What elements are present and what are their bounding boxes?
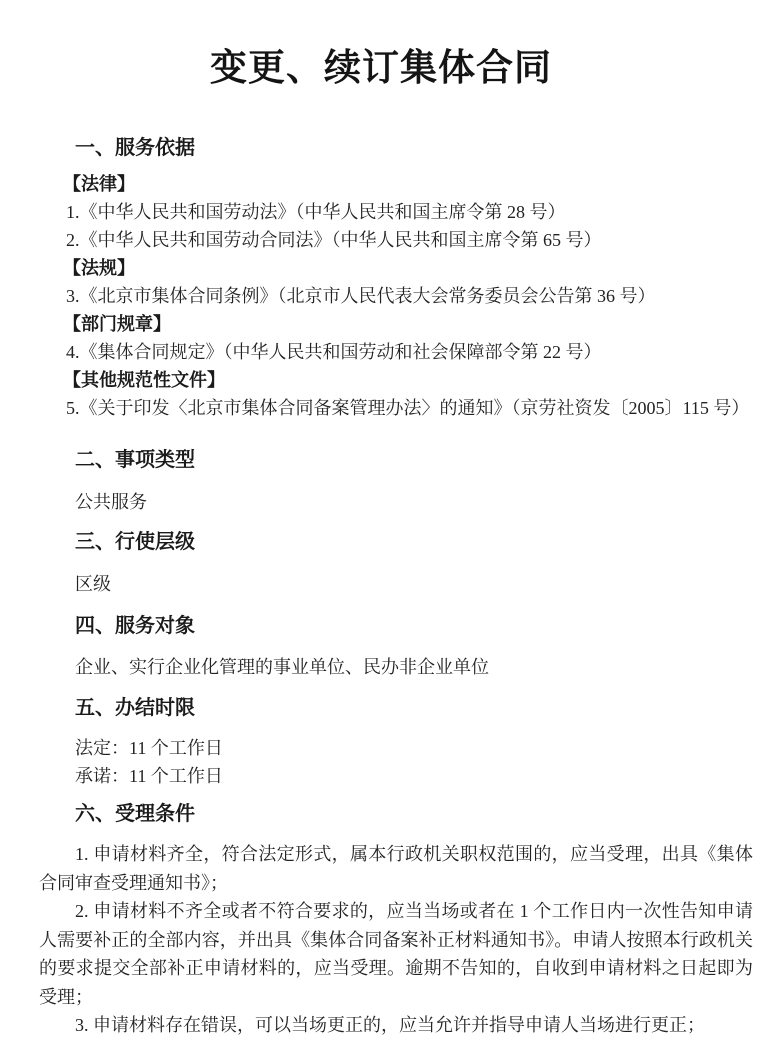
- heading-exercise-level: 三、行使层级: [75, 530, 762, 554]
- section-acceptance-conditions: 六、受理条件 1. 申请材料齐全，符合法定形式，属本行政机关职权范围的，应当受理…: [0, 802, 762, 1040]
- law-item-1: 1.《中华人民共和国劳动法》（中华人民共和国主席令第 28 号）: [66, 198, 762, 226]
- label-other-normative-document: 【其他规范性文件】: [63, 366, 762, 394]
- section-item-type: 二、事项类型 公共服务: [0, 448, 762, 516]
- acceptance-paragraph-3: 3. 申请材料存在错误，可以当场更正的，应当允许并指导申请人当场进行更正；: [39, 1011, 753, 1040]
- document-page: 变更、续订集体合同 一、服务依据 【法律】 1.《中华人民共和国劳动法》（中华人…: [0, 0, 762, 1048]
- document-title: 变更、续订集体合同: [0, 0, 762, 92]
- law-item-5: 5.《关于印发〈北京市集体合同备案管理办法〉的通知》（京劳社资发〔2005〕11…: [66, 394, 762, 422]
- heading-acceptance-conditions: 六、受理条件: [75, 802, 762, 826]
- service-target-value: 企业、实行企业化管理的事业单位、民办非企业单位: [75, 653, 762, 681]
- section-exercise-level: 三、行使层级 区级: [0, 530, 762, 598]
- law-item-3: 3.《北京市集体合同条例》（北京市人民代表大会常务委员会公告第 36 号）: [66, 282, 762, 310]
- acceptance-paragraph-2: 2. 申请材料不齐全或者不符合要求的，应当当场或者在 1 个工作日内一次性告知申…: [39, 897, 753, 1011]
- label-regulation: 【法规】: [63, 254, 762, 282]
- section-service-target: 四、服务对象 企业、实行企业化管理的事业单位、民办非企业单位: [0, 614, 762, 681]
- heading-service-target: 四、服务对象: [75, 614, 762, 638]
- section-time-limit: 五、办结时限 法定：11 个工作日 承诺：11 个工作日: [0, 696, 762, 790]
- heading-time-limit: 五、办结时限: [75, 696, 762, 720]
- exercise-level-value: 区级: [75, 570, 762, 598]
- service-basis-list: 【法律】 1.《中华人民共和国劳动法》（中华人民共和国主席令第 28 号） 2.…: [0, 170, 762, 422]
- heading-service-basis: 一、服务依据: [75, 136, 762, 160]
- label-law: 【法律】: [63, 170, 762, 198]
- time-limit-promised: 承诺：11 个工作日: [75, 762, 762, 790]
- section-service-basis: 一、服务依据 【法律】 1.《中华人民共和国劳动法》（中华人民共和国主席令第 2…: [0, 136, 762, 422]
- acceptance-paragraph-1: 1. 申请材料齐全，符合法定形式，属本行政机关职权范围的，应当受理，出具《集体合…: [39, 840, 753, 897]
- time-limit-statutory: 法定：11 个工作日: [75, 734, 762, 762]
- item-type-value: 公共服务: [75, 488, 762, 516]
- heading-item-type: 二、事项类型: [75, 448, 762, 472]
- label-department-rule: 【部门规章】: [63, 310, 762, 338]
- law-item-4: 4.《集体合同规定》（中华人民共和国劳动和社会保障部令第 22 号）: [66, 338, 762, 366]
- law-item-2: 2.《中华人民共和国劳动合同法》（中华人民共和国主席令第 65 号）: [66, 226, 762, 254]
